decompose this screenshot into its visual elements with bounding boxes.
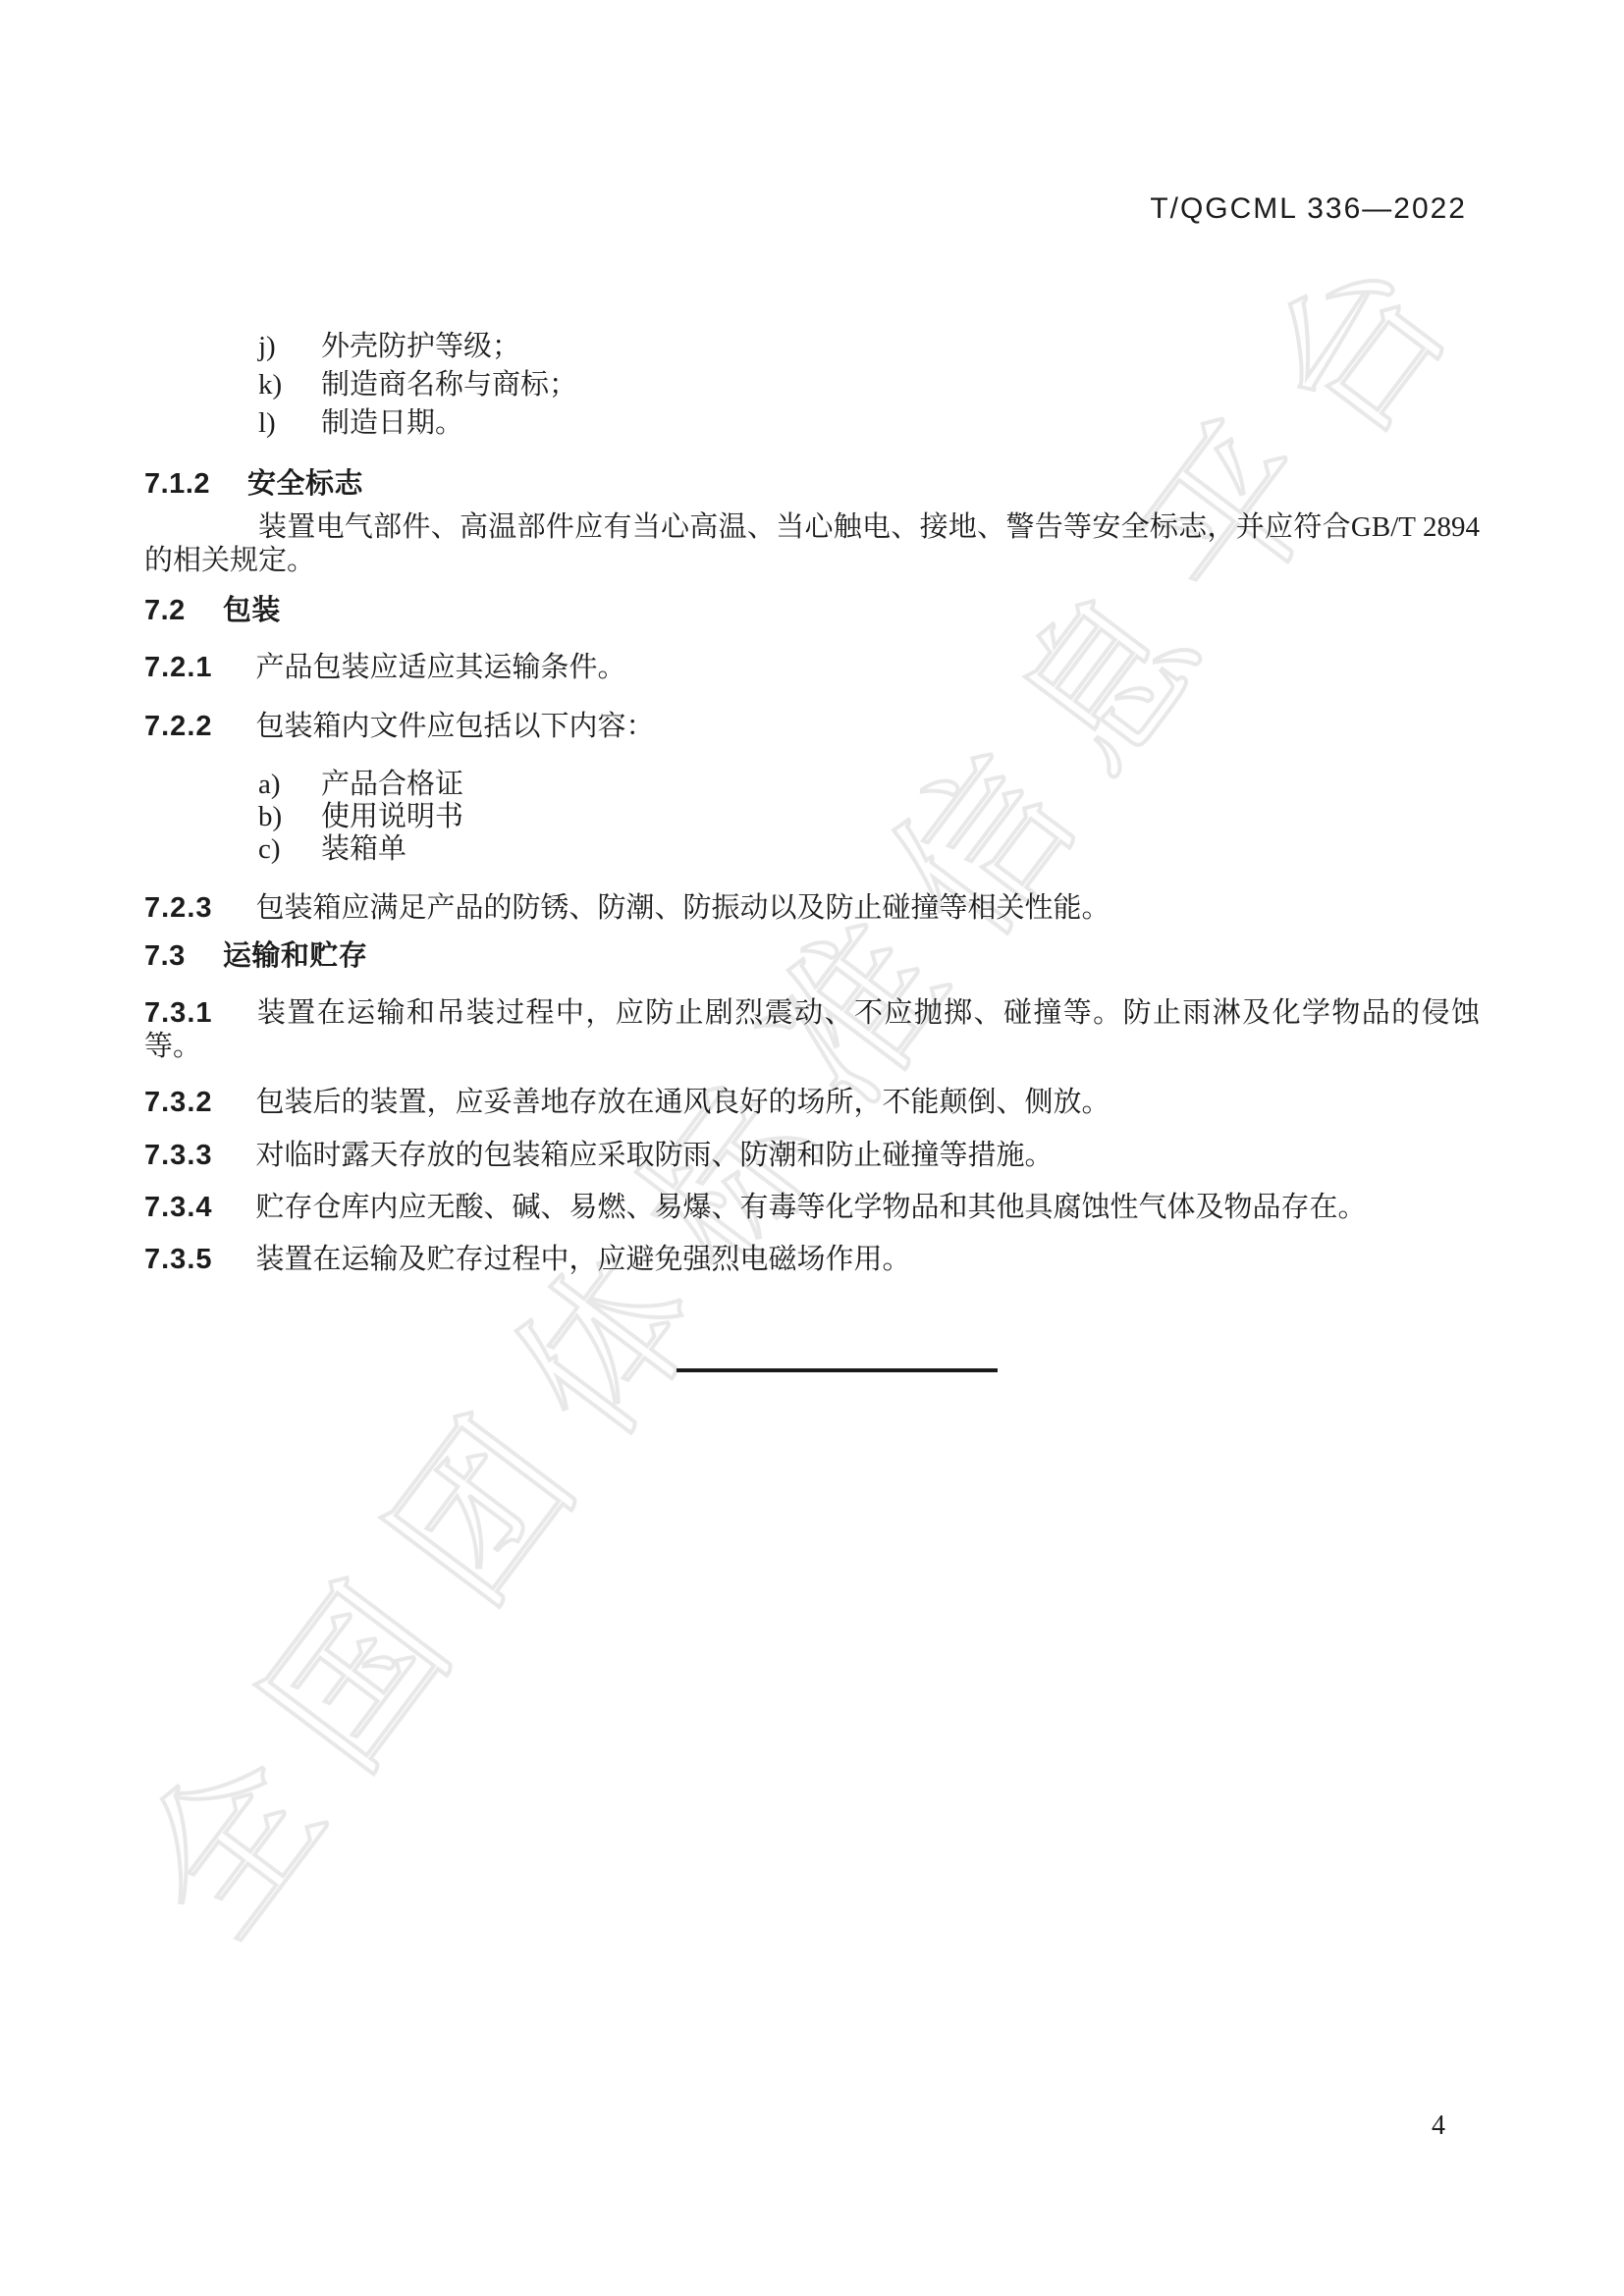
list-item: l)制造日期。 xyxy=(144,404,1480,443)
document-page: 全国团体标准信息平台 T/QGCML 336—2022 j)外壳防护等级； k)… xyxy=(0,0,1624,2296)
clause-7-2-2: 7.2.2包装箱内文件应包括以下内容： xyxy=(144,710,1480,743)
clause-7-3-5: 7.3.5装置在运输及贮存过程中，应避免强烈电磁场作用。 xyxy=(144,1243,1480,1276)
section-title: 运输和贮存 xyxy=(223,940,368,972)
clause-number: 7.2.3 xyxy=(144,892,213,924)
clause-7-2-3: 7.2.3包装箱应满足产品的防锈、防潮、防振动以及防止碰撞等相关性能。 xyxy=(144,891,1480,925)
list-item-marker: a) xyxy=(258,769,294,801)
section-number: 7.1.2 xyxy=(144,468,210,500)
clause-number: 7.3.3 xyxy=(144,1140,213,1171)
lettered-list-jkl: j)外壳防护等级； k)制造商名称与商标； l)制造日期。 xyxy=(144,328,1480,443)
list-item-marker: j) xyxy=(258,328,294,366)
clause-text: 装置在运输和吊装过程中，应防止剧烈震动、不应抛掷、碰撞等。防止雨淋及化学物品的侵… xyxy=(144,997,1480,1062)
list-item-marker: k) xyxy=(258,366,294,404)
clause-7-3-1: 7.3.1装置在运输和吊装过程中，应防止剧烈震动、不应抛掷、碰撞等。防止雨淋及化… xyxy=(144,996,1480,1063)
list-item: j)外壳防护等级； xyxy=(144,328,1480,366)
clause-number: 7.2.2 xyxy=(144,711,213,742)
paragraph-7-1-2: 装置电气部件、高温部件应有当心高温、当心触电、接地、警告等安全标志，并应符合GB… xyxy=(144,510,1480,577)
section-number: 7.3 xyxy=(144,940,186,972)
section-number: 7.2 xyxy=(144,595,186,626)
page-number: 4 xyxy=(1432,2110,1445,2142)
list-item-text: 装箱单 xyxy=(321,833,406,865)
clause-number: 7.3.4 xyxy=(144,1192,213,1223)
clause-text: 包装箱应满足产品的防锈、防潮、防振动以及防止碰撞等相关性能。 xyxy=(256,892,1110,924)
page-content: j)外壳防护等级； k)制造商名称与商标； l)制造日期。 7.1.2安全标志 … xyxy=(144,328,1480,1372)
section-title: 安全标志 xyxy=(247,468,363,500)
lettered-list-abc: a)产品合格证 b)使用说明书 c)装箱单 xyxy=(144,769,1480,866)
list-item: k)制造商名称与商标； xyxy=(144,366,1480,404)
clause-7-3-4: 7.3.4贮存仓库内应无酸、碱、易燃、易爆、有毒等化学物品和其他具腐蚀性气体及物… xyxy=(144,1191,1480,1224)
section-heading-7-3: 7.3运输和贮存 xyxy=(144,938,1480,974)
list-item-marker: b) xyxy=(258,801,294,833)
section-heading-7-2: 7.2包装 xyxy=(144,593,1480,628)
clause-number: 7.2.1 xyxy=(144,652,213,683)
clause-text: 贮存仓库内应无酸、碱、易燃、易爆、有毒等化学物品和其他具腐蚀性气体及物品存在。 xyxy=(256,1192,1367,1223)
clause-text: 产品包装应适应其运输条件。 xyxy=(256,652,626,683)
list-item-text: 产品合格证 xyxy=(321,769,463,800)
list-item-text: 外壳防护等级； xyxy=(321,331,520,362)
clause-number: 7.3.2 xyxy=(144,1087,213,1118)
clause-7-3-2: 7.3.2包装后的装置，应妥善地存放在通风良好的场所，不能颠倒、侧放。 xyxy=(144,1086,1480,1119)
standard-number: T/QGCML 336—2022 xyxy=(1150,192,1467,226)
list-item-marker: c) xyxy=(258,833,294,866)
clause-7-2-1: 7.2.1产品包装应适应其运输条件。 xyxy=(144,651,1480,684)
end-of-text-rule xyxy=(677,1368,998,1372)
clause-text: 包装箱内文件应包括以下内容： xyxy=(256,711,655,742)
list-item-text: 制造商名称与商标； xyxy=(321,369,577,400)
list-item-text: 使用说明书 xyxy=(321,801,463,832)
clause-text: 包装后的装置，应妥善地存放在通风良好的场所，不能颠倒、侧放。 xyxy=(256,1087,1110,1118)
list-item: b)使用说明书 xyxy=(144,801,1480,833)
clause-text: 对临时露天存放的包装箱应采取防雨、防潮和防止碰撞等措施。 xyxy=(256,1140,1054,1171)
clause-number: 7.3.5 xyxy=(144,1244,213,1275)
clause-number: 7.3.1 xyxy=(144,997,213,1029)
list-item: c)装箱单 xyxy=(144,833,1480,866)
list-item-marker: l) xyxy=(258,404,294,443)
list-item: a)产品合格证 xyxy=(144,769,1480,801)
clause-text: 装置在运输及贮存过程中，应避免强烈电磁场作用。 xyxy=(256,1244,911,1275)
clause-7-3-3: 7.3.3对临时露天存放的包装箱应采取防雨、防潮和防止碰撞等措施。 xyxy=(144,1139,1480,1172)
section-title: 包装 xyxy=(223,595,281,626)
list-item-text: 制造日期。 xyxy=(321,407,463,439)
section-heading-7-1-2: 7.1.2安全标志 xyxy=(144,466,1480,502)
